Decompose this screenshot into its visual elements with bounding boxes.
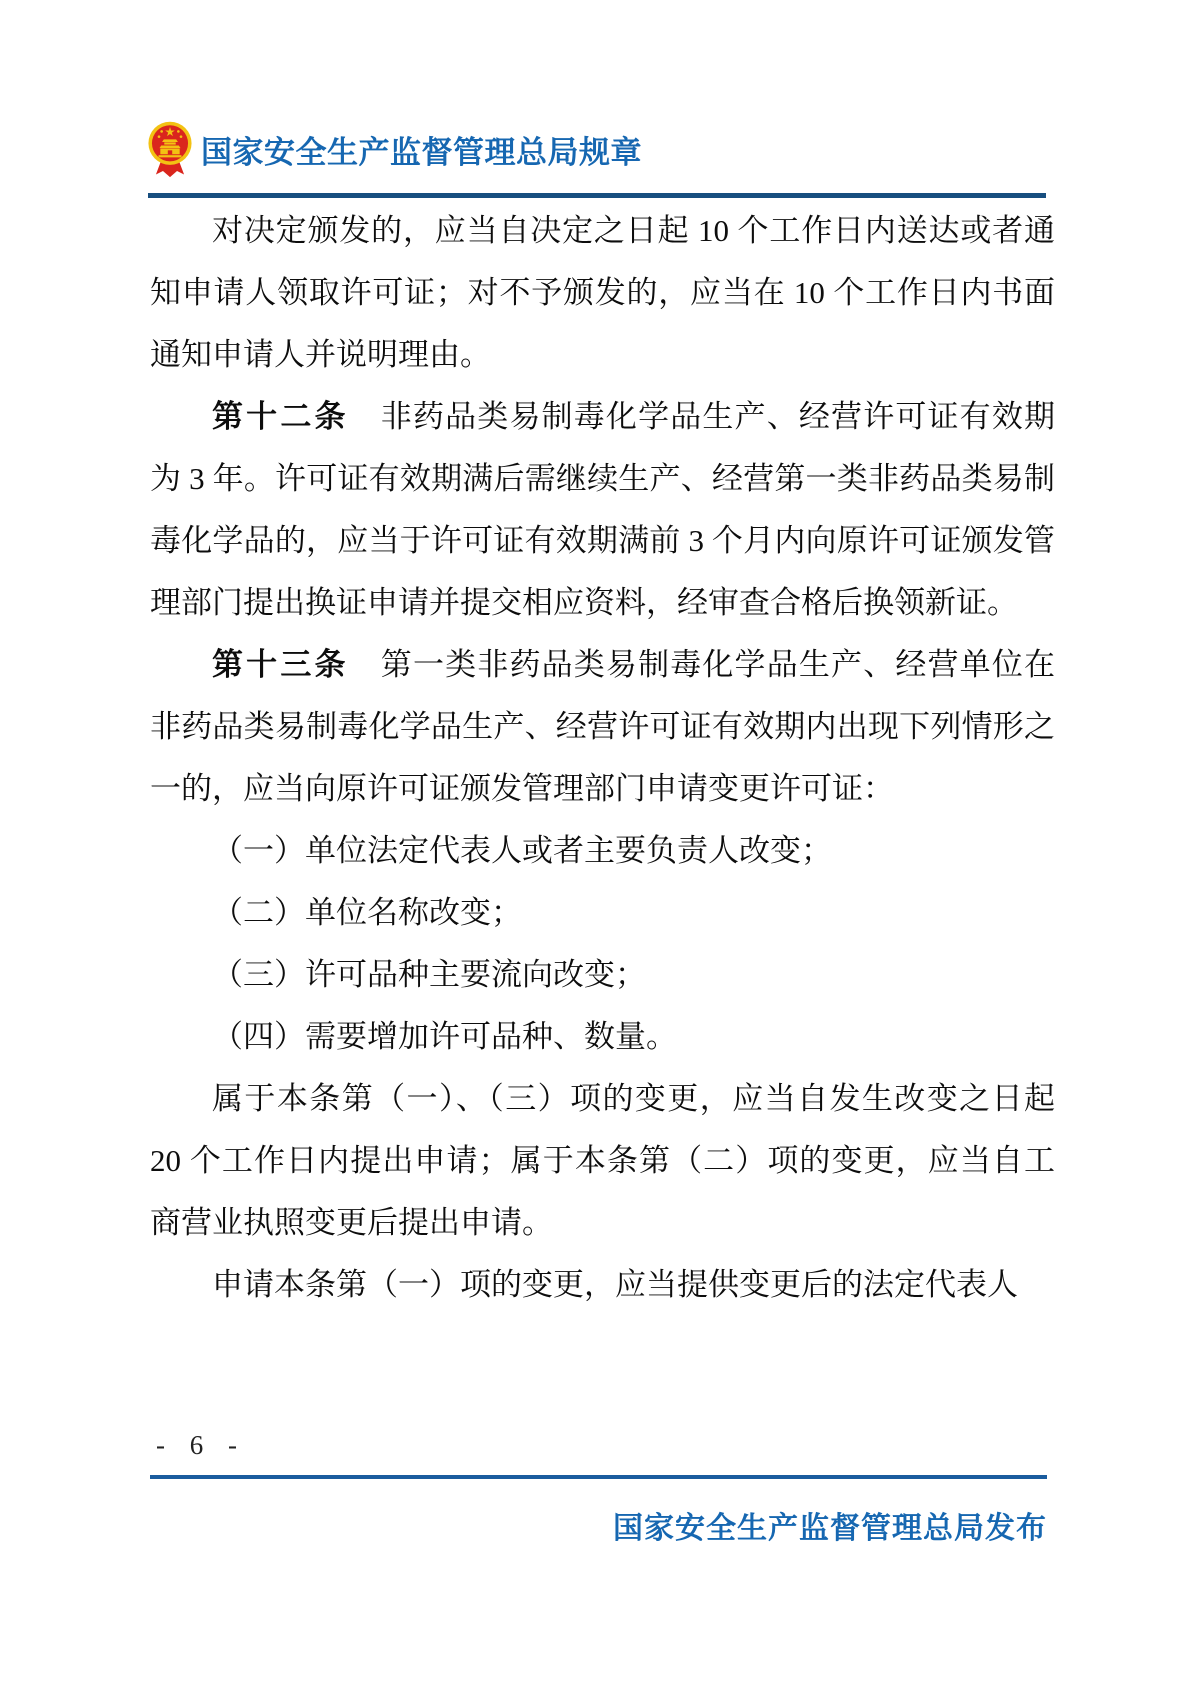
paragraph: 第十二条 非药品类易制毒化学品生产、经营许可证有效期为 3 年。许可证有效期满后… xyxy=(150,386,1055,634)
emblem-small-star xyxy=(180,135,183,138)
paragraph: （二）单位名称改变； xyxy=(150,882,1055,944)
paragraph: 对决定颁发的，应当自决定之日起 10 个工作日内送达或者通知申请人领取许可证；对… xyxy=(150,200,1055,386)
emblem-small-star xyxy=(160,130,163,133)
emblem-small-star xyxy=(177,130,180,133)
page-number: - 6 - xyxy=(156,1428,246,1462)
emblem-gate-roof-top xyxy=(162,139,178,142)
paragraph: （三）许可品种主要流向改变； xyxy=(150,944,1055,1006)
paragraph: 申请本条第（一）项的变更，应当提供变更后的法定代表人 xyxy=(150,1254,1055,1316)
emblem-small-star xyxy=(158,135,161,138)
footer-publisher: 国家安全生产监督管理总局发布 xyxy=(150,1503,1047,1547)
paragraph: 属于本条第（一）、（三）项的变更，应当自发生改变之日起 20 个工作日内提出申请… xyxy=(150,1068,1055,1254)
footer-rule xyxy=(150,1475,1047,1479)
header-rule xyxy=(148,193,1046,198)
emblem-gate-arch xyxy=(168,150,172,154)
document-body: 对决定颁发的，应当自决定之日起 10 个工作日内送达或者通知申请人领取许可证；对… xyxy=(150,200,1055,1316)
article-number: 第十三条 xyxy=(212,647,349,682)
article-number: 第十二条 xyxy=(212,399,349,434)
paragraph: （四）需要增加许可品种、数量。 xyxy=(150,1006,1055,1068)
emblem-gate-upper xyxy=(164,142,175,144)
header-title: 国家安全生产监督管理总局规章 xyxy=(201,127,642,172)
page-header: 国家安全生产监督管理总局规章 xyxy=(148,118,1055,180)
china-national-emblem-icon xyxy=(148,119,192,179)
paragraph: 第十三条 第一类非药品类易制毒化学品生产、经营单位在非药品类易制毒化学品生产、经… xyxy=(150,634,1055,820)
paragraph: （一）单位法定代表人或者主要负责人改变； xyxy=(150,820,1055,882)
emblem-gate-base xyxy=(159,155,182,157)
emblem-gate-roof-lower xyxy=(159,145,180,148)
document-page: 国家安全生产监督管理总局规章 对决定颁发的，应当自决定之日起 10 个工作日内送… xyxy=(0,0,1190,1683)
